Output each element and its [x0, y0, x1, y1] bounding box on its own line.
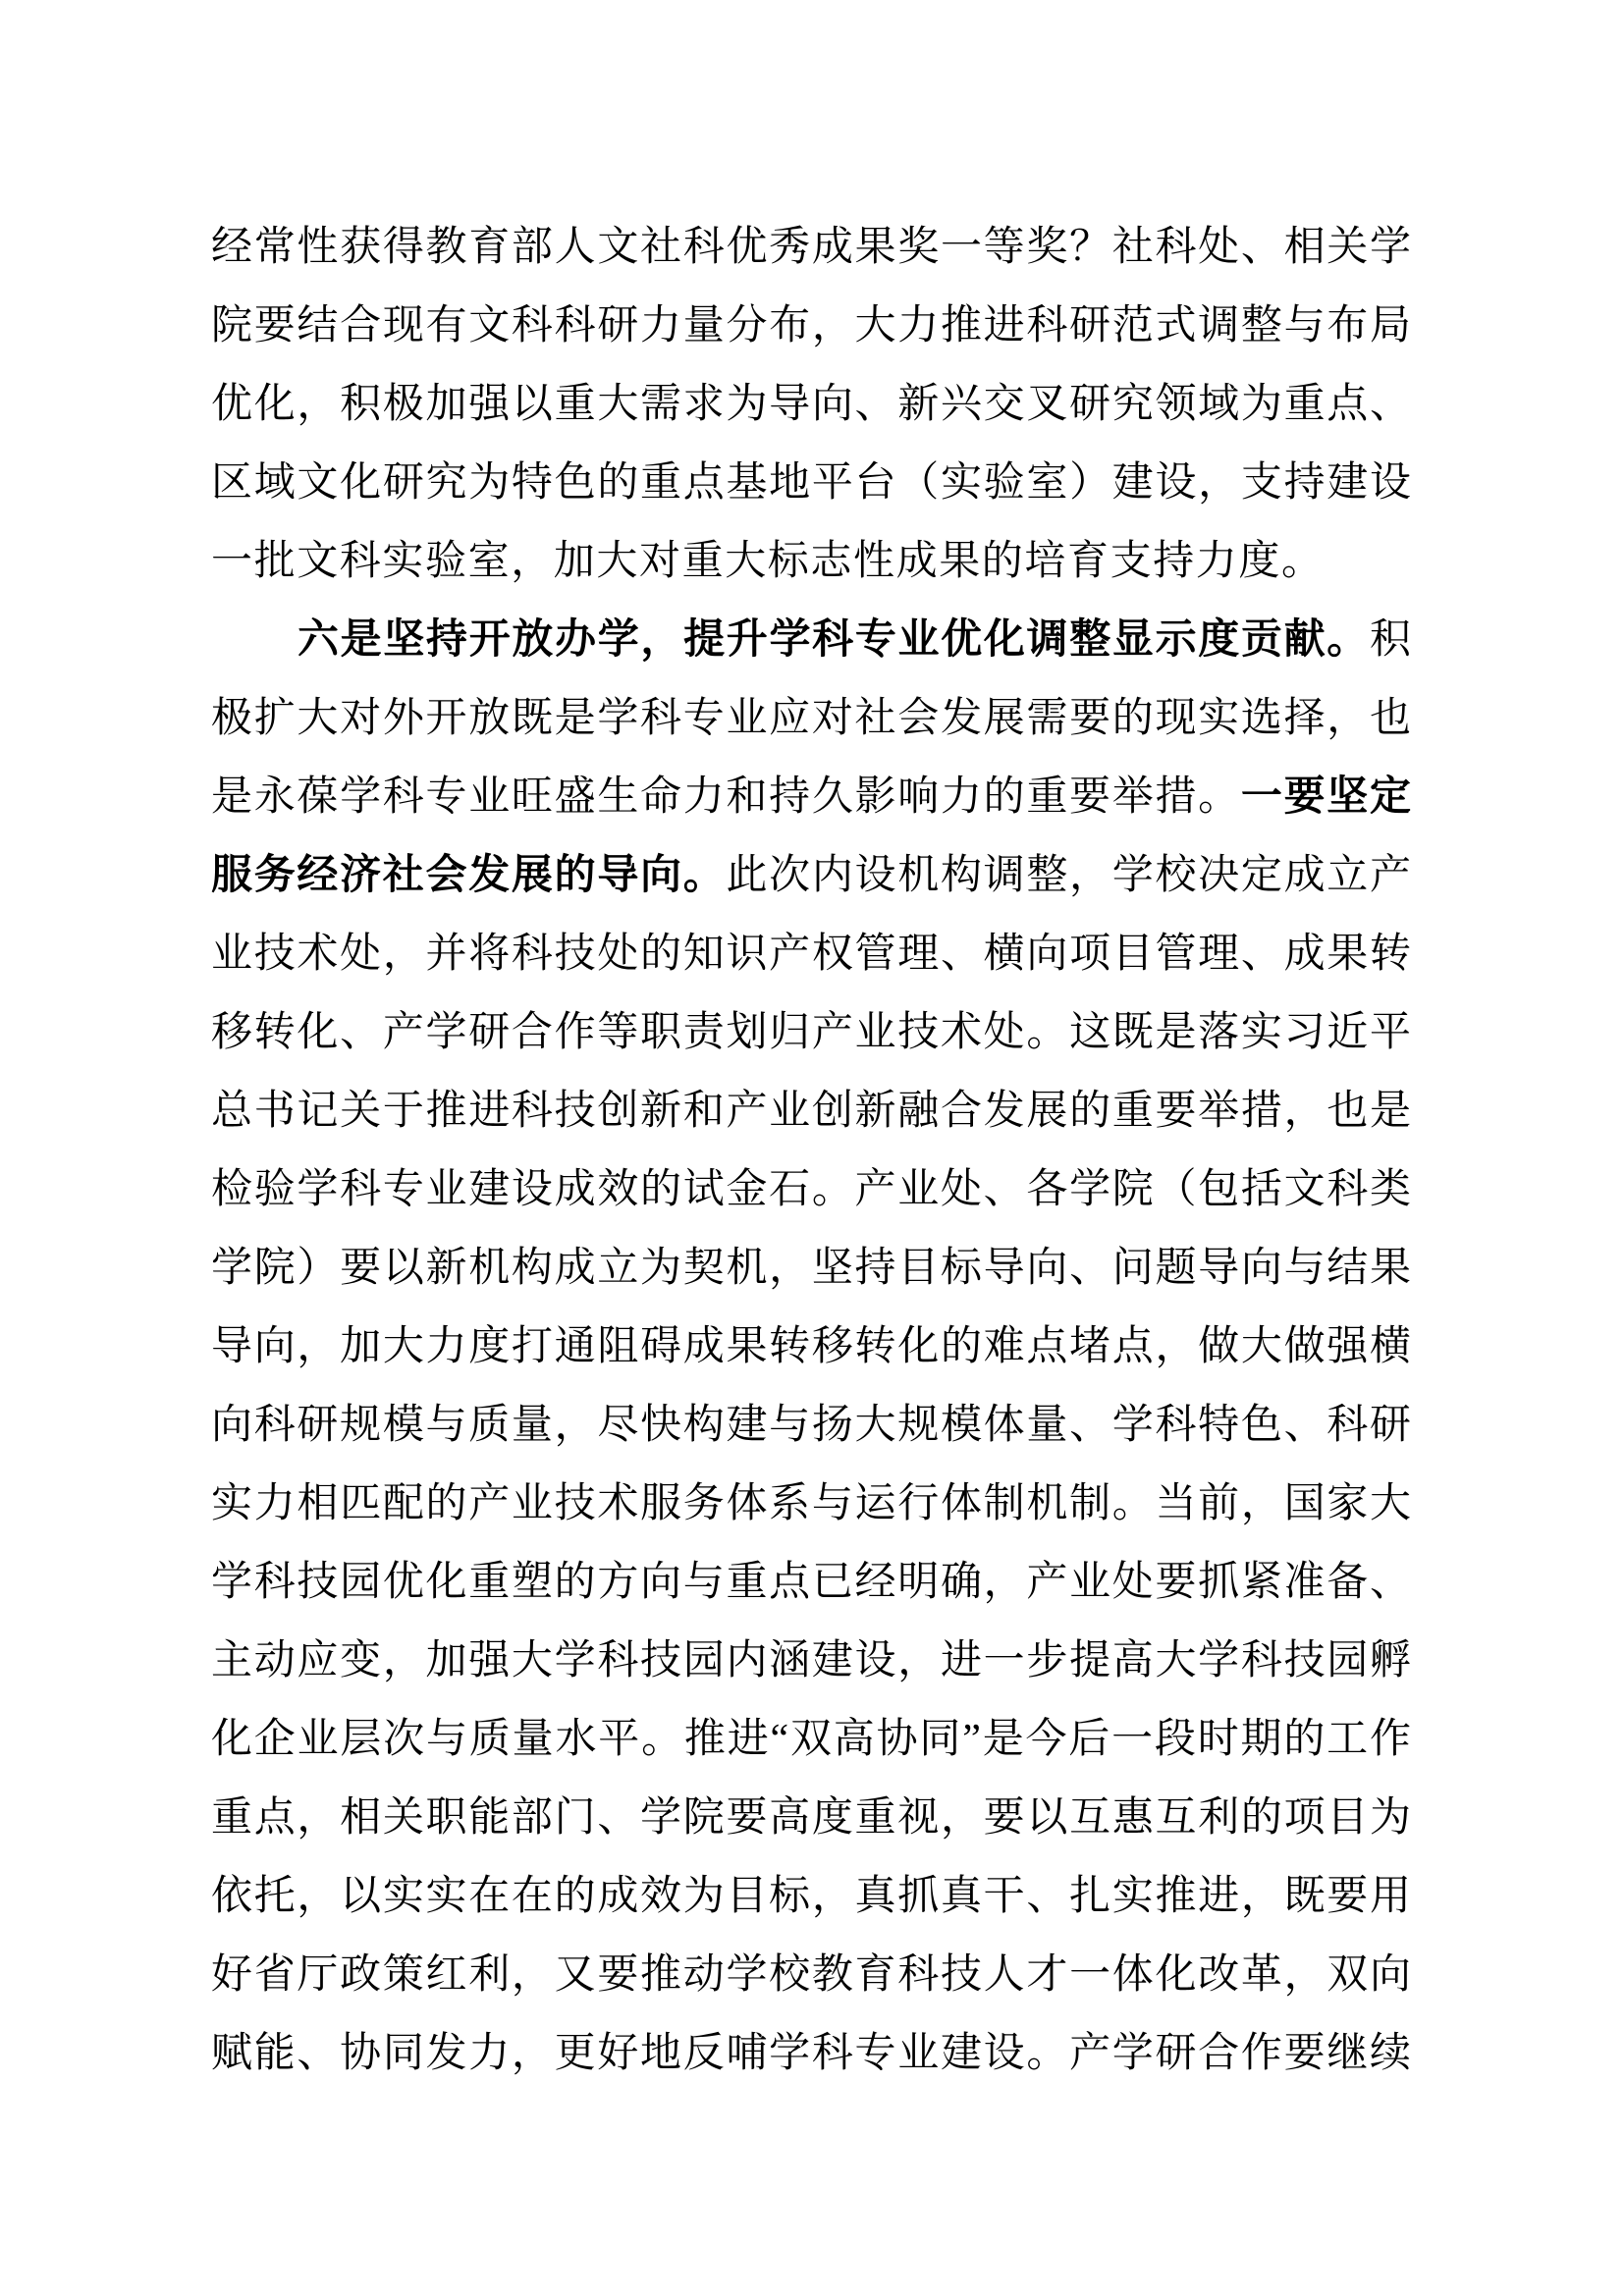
- text-segment: 经常性获得教育部人文社科优秀成果奖一等奖？社科处、相关学: [211, 225, 1411, 270]
- text-segment: 业技术处，并将科技处的知识产权管理、横向项目管理、成果转: [211, 932, 1411, 977]
- text-line: 优化，积极加强以重大需求为导向、新兴交叉研究领域为重点、: [211, 365, 1411, 444]
- text-segment: 学科技园优化重塑的方向与重点已经明确，产业处要抓紧准备、: [211, 1560, 1411, 1605]
- text-line: 移转化、产学研合作等职责划归产业技术处。这既是落实习近平: [211, 993, 1411, 1072]
- text-line: 赋能、协同发力，更好地反哺学科专业建设。产学研合作要继续: [211, 2014, 1411, 2093]
- text-segment: 向科研规模与质量，尽快构建与扬大规模体量、学科特色、科研: [211, 1403, 1411, 1448]
- text-line: 好省厅政策红利，又要推动学校教育科技人才一体化改革，双向: [211, 1936, 1411, 2014]
- text-segment: 导向，加大力度打通阻碍成果转移转化的难点堵点，做大做强横: [211, 1324, 1411, 1369]
- text-line: 化企业层次与质量水平。推进“双高协同”是今后一段时期的工作: [211, 1700, 1411, 1779]
- text-line: 依托，以实实在在的成效为目标，真抓真干、扎实推进，既要用: [211, 1857, 1411, 1936]
- text-segment: 检验学科专业建设成效的试金石。产业处、各学院（包括文科类: [211, 1167, 1411, 1212]
- text-segment: 主动应变，加强大学科技园内涵建设，进一步提高大学科技园孵: [211, 1638, 1411, 1683]
- text-segment: 院要结合现有文科科研力量分布，大力推进科研范式调整与布局: [211, 303, 1411, 348]
- text-segment: 赋能、协同发力，更好地反哺学科专业建设。产学研合作要继续: [211, 2031, 1411, 2076]
- text-segment: 重点，相关职能部门、学院要高度重视，要以互惠互利的项目为: [211, 1795, 1411, 1841]
- text-line: 是永葆学科专业旺盛生命力和持久影响力的重要举措。一要坚定: [211, 758, 1411, 836]
- bold-text-segment: 一要坚定: [1241, 774, 1411, 820]
- text-segment: 优化，积极加强以重大需求为导向、新兴交叉研究领域为重点、: [211, 382, 1411, 427]
- text-line: 学科技园优化重塑的方向与重点已经明确，产业处要抓紧准备、: [211, 1543, 1411, 1622]
- text-segment: 极扩大对外开放既是学科专业应对社会发展需要的现实选择，也: [211, 696, 1411, 741]
- text-segment: 积: [1370, 617, 1411, 663]
- text-segment: 移转化、产学研合作等职责划归产业技术处。这既是落实习近平: [211, 1010, 1411, 1055]
- bold-text-segment: 服务经济社会发展的导向。: [211, 853, 726, 898]
- text-line: 区域文化研究为特色的重点基地平台（实验室）建设，支持建设: [211, 444, 1411, 522]
- text-segment: 依托，以实实在在的成效为目标，真抓真干、扎实推进，既要用: [211, 1874, 1411, 1919]
- text-line: 院要结合现有文科科研力量分布，大力推进科研范式调整与布局: [211, 287, 1411, 365]
- text-line: 业技术处，并将科技处的知识产权管理、横向项目管理、成果转: [211, 915, 1411, 993]
- text-line: 服务经济社会发展的导向。此次内设机构调整，学校决定成立产: [211, 836, 1411, 915]
- text-segment: 此次内设机构调整，学校决定成立产: [726, 853, 1411, 898]
- text-segment: 是永葆学科专业旺盛生命力和持久影响力的重要举措。: [211, 774, 1241, 820]
- text-segment: 实力相匹配的产业技术服务体系与运行体制机制。当前，国家大: [211, 1481, 1411, 1526]
- text-line: 六是坚持开放办学，提升学科专业优化调整显示度贡献。积: [211, 601, 1411, 679]
- document-body: 经常性获得教育部人文社科优秀成果奖一等奖？社科处、相关学院要结合现有文科科研力量…: [211, 208, 1411, 2093]
- text-line: 总书记关于推进科技创新和产业创新融合发展的重要举措，也是: [211, 1072, 1411, 1150]
- bold-text-segment: 六是坚持开放办学，提升学科专业优化调整显示度贡献。: [298, 617, 1370, 663]
- text-line: 一批文科实验室，加大对重大标志性成果的培育支持力度。: [211, 522, 1411, 601]
- text-line: 主动应变，加强大学科技园内涵建设，进一步提高大学科技园孵: [211, 1622, 1411, 1700]
- text-line: 学院）要以新机构成立为契机，坚持目标导向、问题导向与结果: [211, 1229, 1411, 1308]
- text-segment: 区域文化研究为特色的重点基地平台（实验室）建设，支持建设: [211, 460, 1411, 506]
- text-segment: 一批文科实验室，加大对重大标志性成果的培育支持力度。: [211, 539, 1325, 584]
- text-line: 导向，加大力度打通阻碍成果转移转化的难点堵点，做大做强横: [211, 1308, 1411, 1386]
- text-line: 向科研规模与质量，尽快构建与扬大规模体量、学科特色、科研: [211, 1386, 1411, 1465]
- text-segment: 好省厅政策红利，又要推动学校教育科技人才一体化改革，双向: [211, 1952, 1411, 1998]
- text-line: 经常性获得教育部人文社科优秀成果奖一等奖？社科处、相关学: [211, 208, 1411, 287]
- text-line: 检验学科专业建设成效的试金石。产业处、各学院（包括文科类: [211, 1150, 1411, 1229]
- text-segment: 化企业层次与质量水平。推进“双高协同”是今后一段时期的工作: [211, 1717, 1411, 1762]
- text-line: 极扩大对外开放既是学科专业应对社会发展需要的现实选择，也: [211, 679, 1411, 758]
- text-line: 重点，相关职能部门、学院要高度重视，要以互惠互利的项目为: [211, 1779, 1411, 1857]
- text-segment: 学院）要以新机构成立为契机，坚持目标导向、问题导向与结果: [211, 1246, 1411, 1291]
- document-page: 经常性获得教育部人文社科优秀成果奖一等奖？社科处、相关学院要结合现有文科科研力量…: [0, 0, 1624, 2296]
- text-line: 实力相匹配的产业技术服务体系与运行体制机制。当前，国家大: [211, 1465, 1411, 1543]
- text-segment: 总书记关于推进科技创新和产业创新融合发展的重要举措，也是: [211, 1089, 1411, 1134]
